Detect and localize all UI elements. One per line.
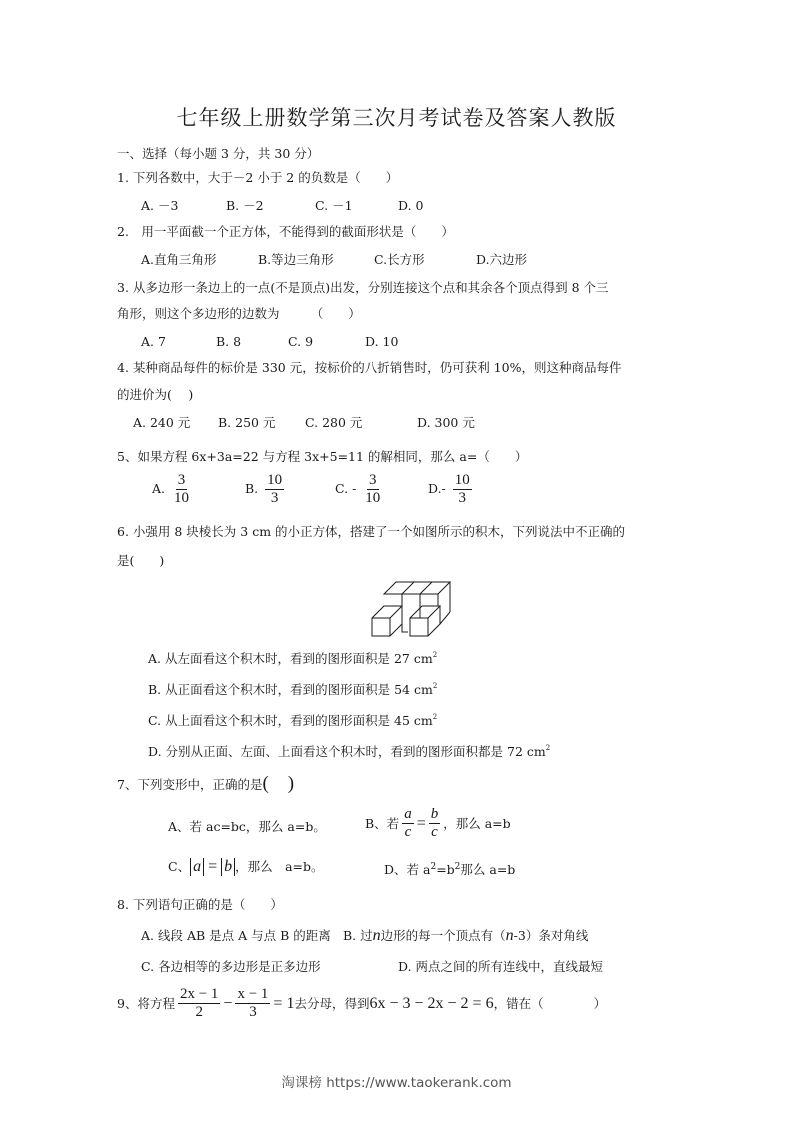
q4-option-d: D. 300 元: [417, 415, 475, 431]
q9-fraction-1: 2x − 1 2: [178, 986, 220, 1021]
q9-result-equation: 6x − 3 − 2x − 2 = 6: [369, 996, 493, 1012]
question-6-stem-line1: 6. 小强用 8 块棱长为 3 cm 的小正方体，搭建了一个如图所示的积木，下列…: [117, 524, 625, 540]
q5-option-a-fraction: 3 10: [172, 472, 191, 507]
q4-option-c: C. 280 元: [305, 415, 362, 431]
q7-option-c: C、 a = b ，那么 a=b。: [168, 858, 324, 876]
question-7-stem: 7、下列变形中，正确的是( ): [117, 776, 294, 793]
abs-b: b: [221, 858, 235, 876]
q3-option-b: B. 8: [216, 334, 241, 350]
q2-option-d: D.六边形: [476, 252, 527, 268]
q7-option-b: B、若 a c = b c ，那么 a=b: [365, 806, 511, 841]
q7b-fraction-b-over-c: b c: [429, 806, 441, 841]
question-4-stem-line2: 的进价为( ): [117, 387, 193, 403]
question-9-stem: 9、将方程 2x − 1 2 − x − 1 3 = 1 去分母，得到 6x −…: [117, 986, 606, 1021]
q1-option-c: C. －1: [315, 198, 353, 214]
q8-option-d: D. 两点之间的所有连线中，直线最短: [398, 959, 603, 975]
q4-option-a: A. 240 元: [133, 415, 190, 431]
q6-option-b: B. 从正面看这个积木时，看到的图形面积是 54 cm2: [148, 678, 437, 698]
q6-option-c: C. 从上面看这个积木时，看到的图形面积是 45 cm2: [148, 709, 437, 729]
question-5-stem: 5、如果方程 6x+3a=22 与方程 3x+5=11 的解相同，那么 a=（ …: [117, 449, 527, 465]
q9-fraction-2: x − 1 3: [235, 986, 270, 1021]
q8-option-c: C. 各边相等的多边形是正多边形: [141, 959, 321, 975]
q5-option-d-label: D.-: [428, 481, 446, 496]
question-3-stem-line2: 角形，则这个多边形的边数为 （ ）: [117, 306, 361, 322]
q2-option-c: C.长方形: [374, 252, 425, 268]
question-2-stem: 2. 用一平面截一个正方体，不能得到的截面形状是（ ）: [117, 224, 454, 240]
q5-option-a: A. 3 10: [152, 472, 194, 507]
q7b-fraction-a-over-c: a c: [402, 806, 414, 841]
question-6-stem-line2: 是( ): [117, 553, 164, 569]
q5-option-b-fraction: 10 3: [265, 472, 284, 507]
page-title: 七年级上册数学第三次月考试卷及答案人教版: [0, 102, 793, 132]
q5-option-a-label: A.: [152, 481, 165, 496]
q1-option-a: A. －3: [141, 198, 178, 214]
q3-option-d: D. 10: [365, 334, 398, 350]
q3-option-a: A. 7: [141, 334, 166, 350]
q5-option-c-label: C.: [335, 481, 348, 496]
abs-a: a: [190, 858, 204, 876]
q6-option-a: A. 从左面看这个积木时，看到的图形面积是 27 cm2: [148, 647, 437, 667]
question-1-stem: 1. 下列各数中，大于－2 小于 2 的负数是（ ）: [117, 170, 398, 186]
q2-option-a: A.直角三角形: [141, 252, 217, 268]
q5-option-d: D.- 10 3: [428, 472, 475, 507]
question-3-stem-line1: 3. 从多边形一条边上的一点(不是顶点)出发，分别连接这个点和其余各个顶点得到 …: [117, 280, 609, 296]
q1-option-b: B. －2: [226, 198, 264, 214]
watermark-footer: 淘课榜 https://www.taokerank.com: [0, 1071, 793, 1091]
answer-paren: ( ): [262, 773, 294, 794]
q1-option-d: D. 0: [398, 198, 423, 214]
q2-option-b: B.等边三角形: [258, 252, 334, 268]
q6-option-d: D. 分别从正面、左面、上面看这个积木时，看到的图形面积都是 72 cm2: [148, 740, 550, 760]
q7-option-a: A、若 ac=bc，那么 a=b。: [168, 819, 326, 835]
q4-option-b: B. 250 元: [218, 415, 275, 431]
question-8-stem: 8. 下列语句正确的是（ ）: [117, 897, 283, 913]
q8-option-b: B. 过n边形的每一个顶点有（n-3）条对角线: [343, 928, 588, 944]
q5-option-c: C. - 3 10: [335, 472, 385, 507]
cube-stack-figure: [368, 578, 458, 640]
question-4-stem-line1: 4. 某种商品每件的标价是 330 元，按标价的八折销售时，仍可获利 10%，则…: [117, 360, 621, 376]
q5-option-c-fraction: 3 10: [363, 472, 382, 507]
q3-option-c: C. 9: [288, 334, 313, 350]
section-heading: 一、选择（每小题 3 分，共 30 分）: [117, 146, 319, 162]
q5-option-b-label: B.: [245, 481, 258, 496]
q5-option-b: B. 10 3: [245, 472, 287, 507]
q5-option-d-fraction: 10 3: [453, 472, 472, 507]
q8-option-a: A. 线段 AB 是点 A 与点 B 的距离: [141, 928, 331, 944]
q5-option-c-sign: -: [352, 481, 356, 496]
q7-option-d: D、若 a2=b2那么 a=b: [384, 859, 515, 878]
